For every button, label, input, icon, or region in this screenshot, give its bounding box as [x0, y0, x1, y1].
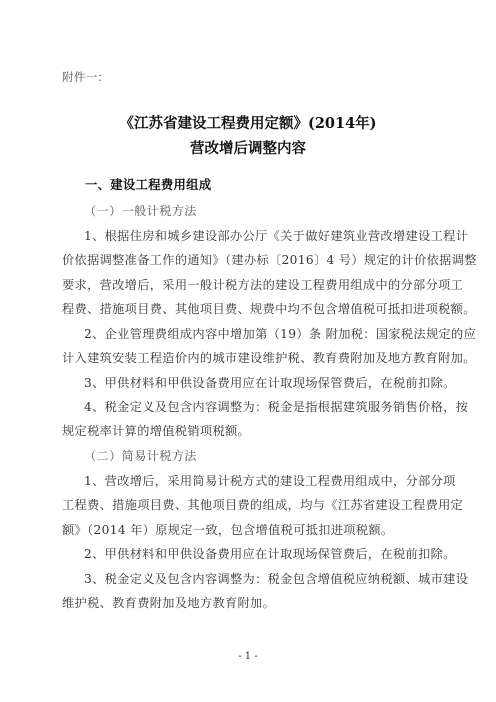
subsection-heading: （一）一般计税方法 — [84, 203, 197, 219]
paragraph-line: 程费、措施项目费、其他项目费、规费中均不包含增值税可抵扣进项税额。 — [62, 301, 476, 317]
paragraph-line: 工程费、措施项目费、其他项目费的组成，均与《江苏省建设工程费用定 — [62, 497, 463, 513]
paragraph-line: 计入建筑安装工程造价内的城市建设维护税、教育费附加及地方教育附加。 — [62, 350, 476, 366]
paragraph-line: 额》（2014 年）原规定一致，包含增值税可抵扣进项税额。 — [62, 522, 393, 538]
paragraph-line: 1、根据住房和城乡建设部办公厅《关于做好建筑业营改增建设工程计 — [84, 228, 468, 244]
paragraph-line: 3、税金定义及包含内容调整为：税金包含增值税应纳税额、城市建设 — [84, 571, 468, 587]
document-page: 附件一： 《江苏省建设工程费用定额》(2014年) 营改增后调整内容 一、建设工… — [0, 0, 496, 702]
section-heading: 一、建设工程费用组成 — [85, 177, 211, 193]
paragraph-line: 价依据调整准备工作的通知》（建办标〔2016〕4 号）规定的计价依据调整 — [62, 252, 477, 268]
attachment-label: 附件一： — [62, 69, 109, 85]
paragraph-line: 4、税金定义及包含内容调整为：税金是指根据建筑服务销售价格，按 — [84, 399, 468, 415]
subsection-heading: （二）简易计税方法 — [84, 448, 197, 464]
paragraph-line: 要求，营改增后，采用一般计税方法的建设工程费用组成中的分部分项工 — [62, 277, 463, 293]
document-subtitle: 营改增后调整内容 — [0, 137, 496, 158]
paragraph-line: 2、甲供材料和甲供设备费用应在计取现场保管费后，在税前扣除。 — [84, 546, 456, 562]
page-number: - 1 - — [0, 651, 496, 662]
paragraph-line: 规定税率计算的增值税销项税额。 — [62, 423, 250, 439]
paragraph-line: 1、营改增后，采用简易计税方式的建设工程费用组成中，分部分项 — [84, 473, 456, 489]
paragraph-line: 维护税、教育费附加及地方教育附加。 — [62, 595, 275, 611]
paragraph-line: 2、企业管理费组成内容中增加第（19）条 附加税：国家税法规定的应 — [84, 326, 476, 342]
paragraph-line: 3、甲供材料和甲供设备费用应在计取现场保管费后，在税前扣除。 — [84, 375, 456, 391]
document-title: 《江苏省建设工程费用定额》(2014年) — [0, 112, 496, 133]
